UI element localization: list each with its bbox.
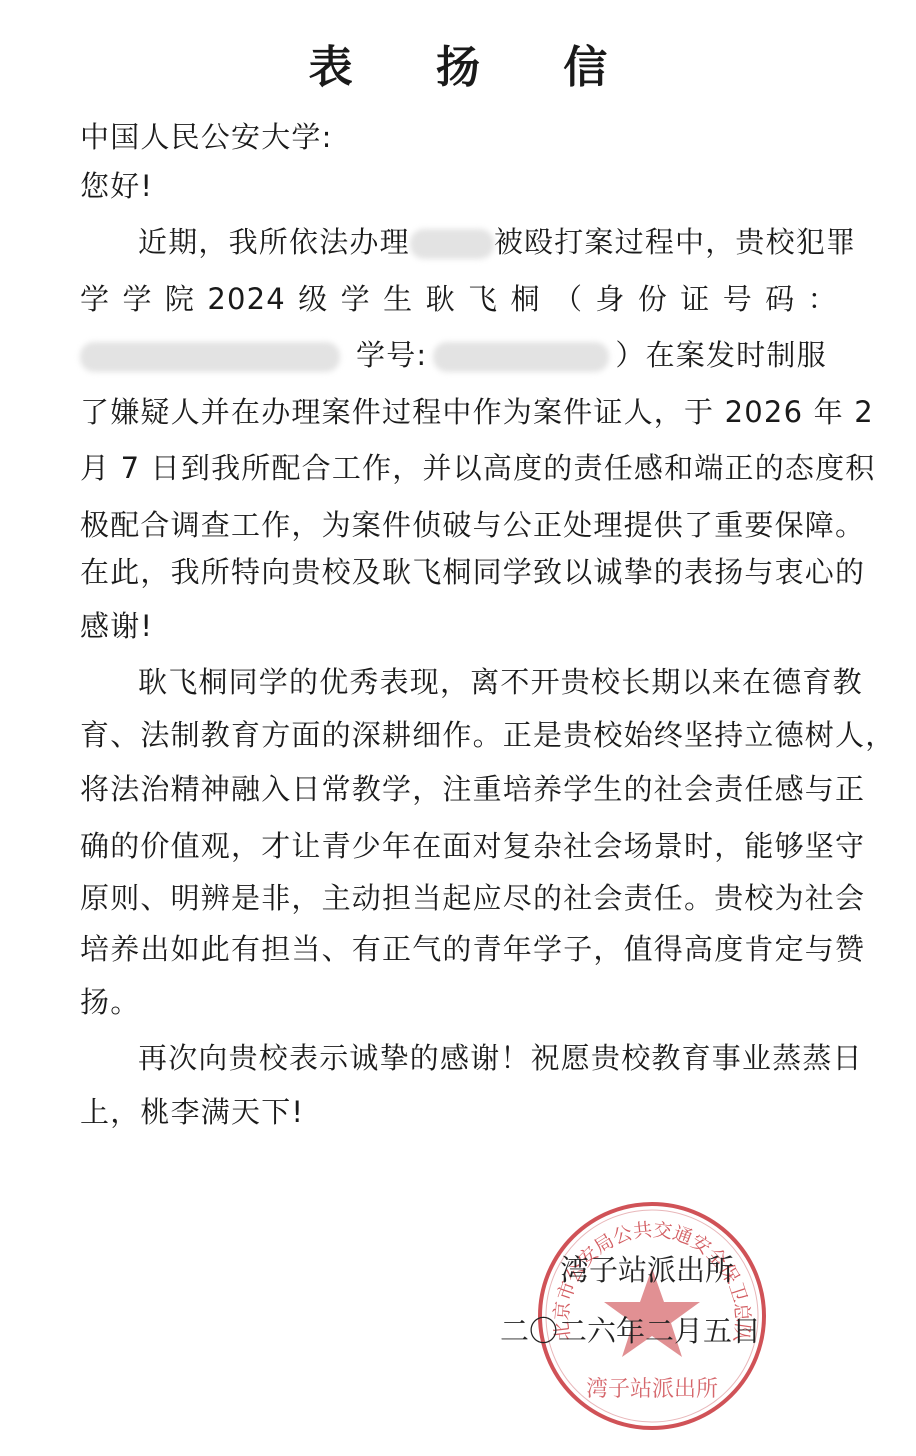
redacted-id-number: [80, 342, 340, 372]
paragraph1-line2: 学 学 院 2024 级 学 生 耿 飞 桐 （ 身 份 证 号 码 ：: [80, 279, 838, 319]
paragraph3-line1: 再次向贵校表示诚挚的感谢！祝愿贵校教育事业蒸蒸日: [80, 1038, 898, 1078]
char: 院: [165, 279, 195, 319]
char: 份: [638, 279, 668, 319]
student-number-label: 学号:: [356, 338, 427, 372]
char: 级: [298, 279, 328, 319]
paragraph1-line3: 学号:）在案发时制服: [80, 335, 840, 375]
redacted-name: [410, 229, 494, 259]
paragraph2-line7: 扬。: [80, 982, 840, 1022]
char: 学: [122, 279, 152, 319]
paragraph1-line8: 感谢!: [80, 606, 840, 646]
greeting: 您好!: [80, 166, 840, 206]
signature-organization: 湾子站派出所: [560, 1250, 734, 1290]
paragraph2-line1: 耿飞桐同学的优秀表现，离不开贵校长期以来在德育教: [80, 662, 898, 702]
char: 号: [723, 279, 753, 319]
text-segment: 被殴打案过程中，贵校犯罪: [494, 225, 856, 259]
text-segment: 近期，我所依法办理: [138, 225, 410, 259]
paragraph3-line2: 上，桃李满天下!: [80, 1092, 840, 1132]
paragraph2-line3: 将法治精神融入日常教学，注重培养学生的社会责任感与正: [80, 769, 840, 809]
text-segment: ）在案发时制服: [615, 338, 826, 372]
paragraph2-line5: 原则、明辨是非，主动担当起应尽的社会责任。贵校为社会: [80, 878, 840, 918]
char: 耿: [426, 279, 456, 319]
char: 2024: [207, 279, 286, 319]
paragraph1-line6: 极配合调查工作，为案件侦破与公正处理提供了重要保障。: [80, 505, 840, 545]
redacted-student-number: [433, 342, 609, 372]
char: 证: [680, 279, 710, 319]
paragraph2-line4: 确的价值观，才让青少年在面对复杂社会场景时，能够坚守: [80, 826, 840, 866]
salutation: 中国人民公安大学:: [80, 117, 840, 157]
letter-title: 表 扬 信: [0, 38, 916, 98]
char: （: [553, 279, 583, 319]
char: 桐: [510, 279, 540, 319]
char: 学: [80, 279, 110, 319]
seal-center-text: 湾子站派出所: [586, 1377, 718, 1402]
paragraph1-line4: 了嫌疑人并在办理案件过程中作为案件证人，于 2026 年 2: [80, 392, 840, 432]
char: 飞: [468, 279, 498, 319]
paragraph1-line1: 近期，我所依法办理被殴打案过程中，贵校犯罪: [80, 222, 898, 262]
paragraph1-line5: 月 7 日到我所配合工作，并以高度的责任感和端正的态度积: [80, 448, 840, 488]
paragraph2-line6: 培养出如此有担当、有正气的青年学子，值得高度肯定与赞: [80, 929, 840, 969]
char: 码: [765, 279, 795, 319]
char: ：: [808, 279, 838, 319]
char: 身: [595, 279, 625, 319]
signature-date: 二〇二六年二月五日: [500, 1311, 761, 1351]
char: 学: [341, 279, 371, 319]
paragraph1-line7: 在此，我所特向贵校及耿飞桐同学致以诚挚的表扬与衷心的: [80, 552, 840, 592]
paragraph2-line2: 育、法制教育方面的深耕细作。正是贵校始终坚持立德树人，: [80, 715, 840, 755]
char: 生: [383, 279, 413, 319]
